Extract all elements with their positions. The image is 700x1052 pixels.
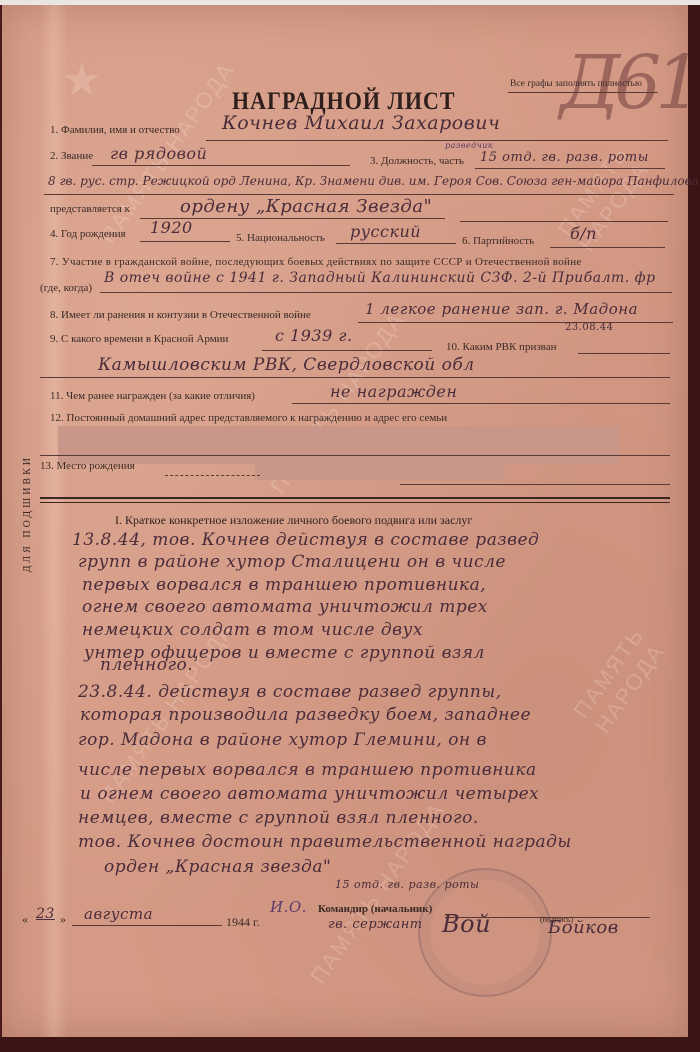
- date-quote-open: «: [22, 912, 28, 927]
- rule: [40, 455, 670, 456]
- field-2-value: гв рядовой: [110, 144, 207, 163]
- rule: [400, 484, 670, 485]
- field-6-label: 6. Партийность: [462, 235, 534, 247]
- fill-all-note: Все графы заполнять полностью: [510, 79, 642, 89]
- margin-binding-text: ДЛЯ ПОДШИВКИ: [22, 455, 36, 572]
- feat-line: немецких солдат в том числе двух: [82, 620, 423, 640]
- rule: [92, 165, 350, 166]
- field-13-label: 13. Место рождения: [40, 460, 135, 472]
- field-12-label: 12. Постоянный домашний адрес представля…: [50, 412, 447, 424]
- rule: [508, 92, 658, 93]
- field-8-label: 8. Имеет ли ранения и контузии в Отечест…: [50, 309, 311, 321]
- rule: [292, 403, 670, 404]
- field-10-value: Камышловским РВК, Свердловской обл: [98, 355, 475, 375]
- feat-line: числе первых ворвался в траншею противни…: [78, 760, 537, 780]
- field-4-value: 1920: [150, 218, 193, 237]
- field-4-label: 4. Год рождения: [50, 228, 126, 240]
- redacted-birthplace: [255, 458, 505, 480]
- rule: [100, 292, 672, 293]
- date-year: 1944 г.: [226, 915, 260, 930]
- rule: [578, 353, 670, 354]
- field-3-value-continued: 8 гв. рус. стр. Режицкой орд Ленина, Кр.…: [48, 174, 699, 188]
- feat-line: пленного.: [100, 655, 193, 675]
- feat-line: орден „Красная звезда": [104, 857, 331, 877]
- field-10-label: 10. Каким РВК призван: [446, 341, 557, 353]
- rule: [140, 241, 230, 242]
- award-value: ордену „Красная Звезда": [180, 196, 432, 217]
- field-1-label: 1. Фамилия, имя и отчество: [50, 124, 180, 136]
- field-7-label-2: (где, когда): [40, 282, 92, 294]
- field-9-label: 9. С какого времени в Красной Армии: [50, 333, 228, 345]
- signer-rank: гв. сержант: [328, 917, 423, 932]
- field-6-value: б/п: [570, 224, 597, 243]
- section-divider: [40, 497, 670, 499]
- field-5-label: 5. Национальность: [236, 232, 325, 244]
- feat-line: немцев, вместе с группой взял пленного.: [78, 808, 479, 828]
- section-divider: [40, 502, 670, 503]
- field-9-value: с 1939 г.: [275, 326, 353, 345]
- field-7-value: В отеч войне с 1941 г. Западный Калининс…: [104, 270, 656, 286]
- field-7-label: 7. Участие в гражданской войне, последую…: [50, 256, 582, 268]
- date-day: 23: [36, 906, 55, 922]
- signer-unit: 15 отд. гв. разв. роты: [335, 878, 480, 891]
- signer-name: Бойков: [548, 917, 619, 938]
- field-2-label: 2. Звание: [50, 150, 93, 162]
- field-11-label: 11. Чем ранее награжден (за какие отличи…: [50, 390, 255, 402]
- feat-line: которая производила разведку боем, запад…: [80, 705, 531, 725]
- rule: [358, 322, 673, 323]
- rule: [40, 377, 670, 378]
- feat-line: 23.8.44. действуя в составе развед групп…: [78, 682, 502, 702]
- rule: [206, 140, 668, 141]
- rule: [336, 243, 456, 244]
- field-3-note: разведчик: [445, 141, 493, 150]
- dark-border-right: [688, 5, 700, 1052]
- feat-line: тов. Кочнев достоин правительственной на…: [78, 832, 572, 852]
- field-8-value: 1 легкое ранение зап. г. Мадона: [365, 300, 638, 318]
- rule: [475, 168, 665, 169]
- feat-line: 13.8.44, тов. Кочнев действуя в составе …: [72, 530, 539, 550]
- rule: [72, 925, 222, 926]
- star-watermark-icon: ★: [62, 55, 101, 106]
- dark-border-bottom: [0, 1037, 700, 1052]
- rule: [165, 475, 260, 476]
- date-month: августа: [84, 905, 153, 923]
- feat-line: гор. Мадона в районе хутор Глемини, он в: [78, 730, 487, 750]
- field-1-value: Кочнев Михаил Захарович: [222, 112, 500, 134]
- commander-label: Командир (начальник): [318, 903, 432, 915]
- rule: [460, 221, 668, 222]
- rule: [44, 194, 674, 195]
- feat-line: групп в районе хутор Сталицени он в числ…: [78, 552, 506, 572]
- date-quote-close: »: [60, 912, 66, 927]
- acting-prefix: И.О.: [270, 898, 307, 916]
- feat-line: и огнем своего автомата уничтожил четыре…: [80, 784, 539, 804]
- feat-line: первых ворвался в траншею противника,: [82, 575, 486, 595]
- field-3-value: 15 отд. гв. разв. роты: [480, 150, 649, 165]
- feat-line: огнем своего автомата уничтожил трех: [82, 597, 488, 617]
- rule: [550, 247, 665, 248]
- field-11-value: не награжден: [330, 382, 457, 401]
- field-3-label: 3. Должность, часть: [370, 155, 464, 167]
- field-5-value: русский: [350, 222, 421, 241]
- field-8-date: 23.08.44: [565, 322, 614, 333]
- feat-heading: I. Краткое конкретное изложение личного …: [115, 513, 472, 528]
- rule: [262, 350, 432, 351]
- award-label: представляется к: [50, 203, 130, 215]
- signature-scrawl: Вой: [442, 910, 491, 938]
